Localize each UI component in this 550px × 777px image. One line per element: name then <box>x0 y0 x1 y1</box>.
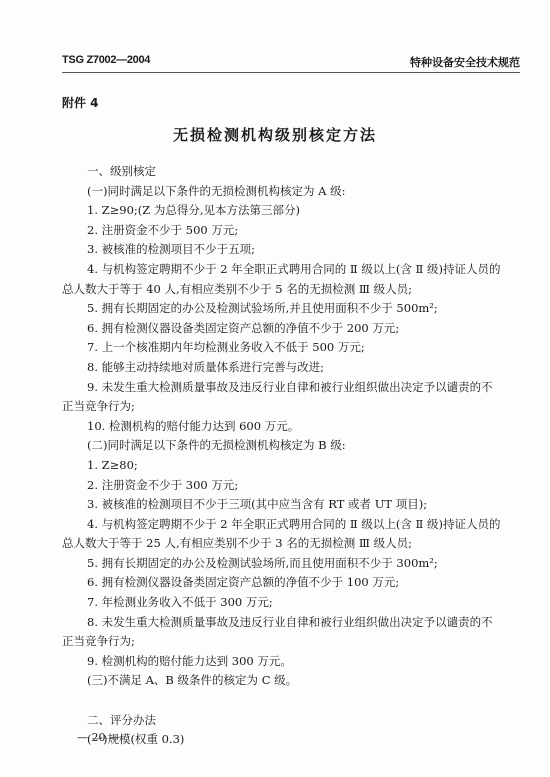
standard-code: TSG Z7002—2004 <box>62 54 150 66</box>
text-line: 8. 能够主动持续地对质量体系进行完善与改进; <box>62 358 522 378</box>
text-line: 8. 未发生重大检测质量事故及违反行业自律和被行业组织做出决定予以谴责的不 <box>62 613 522 633</box>
text-line: 5. 拥有长期固定的办公及检测试验场所,而且使用面积不少于 300m²; <box>62 554 522 574</box>
text-line: 3. 被核准的检测项目不少于五项; <box>62 240 522 260</box>
text-line: 4. 与机构签定聘期不少于 2 年全职正式聘用合同的 Ⅱ 级以上(含 Ⅱ 级)持… <box>62 260 522 280</box>
text-line: 2. 注册资金不少于 500 万元; <box>62 221 522 241</box>
blank-line <box>62 691 522 711</box>
text-line: (一)同时满足以下条件的无损检测机构核定为 A 级: <box>62 182 522 202</box>
text-line: 正当竞争行为; <box>62 397 522 417</box>
text-line: 10. 检测机构的赔付能力达到 600 万元。 <box>62 417 522 437</box>
series-title: 特种设备安全技术规范 <box>410 54 520 70</box>
document-body: 一、级别核定(一)同时满足以下条件的无损检测机构核定为 A 级:1. Z≥90;… <box>62 162 522 750</box>
page-number: — 20 — <box>77 731 120 744</box>
text-line: (三)不满足 A、B 级条件的核定为 C 级。 <box>62 671 522 691</box>
text-line: 总人数大于等于 25 人,有相应类别不少于 3 名的无损检测 Ⅲ 级人员; <box>62 534 522 554</box>
text-line: 7. 年检测业务收入不低于 300 万元; <box>62 593 522 613</box>
annex-label: 附件 4 <box>62 94 99 111</box>
document-title: 无损检测机构级别核定方法 <box>0 124 550 145</box>
text-line: 4. 与机构签定聘期不少于 2 年全职正式聘用合同的 Ⅱ 级以上(含 Ⅱ 级)持… <box>62 515 522 535</box>
text-line: 9. 检测机构的赔付能力达到 300 万元。 <box>62 652 522 672</box>
text-line: (二)同时满足以下条件的无损检测机构核定为 B 级: <box>62 436 522 456</box>
text-line: 9. 未发生重大检测质量事故及违反行业自律和被行业组织做出决定予以谴责的不 <box>62 378 522 398</box>
text-line: 7. 上一个核准期内年均检测业务收入不低于 500 万元; <box>62 338 522 358</box>
text-line: 1. Z≥80; <box>62 456 522 476</box>
text-line: 二、评分办法 <box>62 711 522 731</box>
text-line: 1. Z≥90;(Z 为总得分,见本方法第三部分) <box>62 201 522 221</box>
text-line: 2. 注册资金不少于 300 万元; <box>62 476 522 496</box>
text-line: 总人数大于等于 40 人,有相应类别不少于 5 名的无损检测 Ⅲ 级人员; <box>62 280 522 300</box>
text-line: 3. 被核准的检测项目不少于三项(其中应当含有 RT 或者 UT 项目); <box>62 495 522 515</box>
text-line: 正当竞争行为; <box>62 632 522 652</box>
text-line: 6. 拥有检测仪器设备类固定资产总额的净值不少于 200 万元; <box>62 319 522 339</box>
text-line: 5. 拥有长期固定的办公及检测试验场所,并且使用面积不少于 500m²; <box>62 299 522 319</box>
text-line: 一、级别核定 <box>62 162 522 182</box>
text-line: 6. 拥有检测仪器设备类固定资产总额的净值不少于 100 万元; <box>62 573 522 593</box>
running-header: TSG Z7002—2004 特种设备安全技术规范 <box>62 52 520 73</box>
text-line: (一)规模(权重 0.3) <box>62 730 522 750</box>
